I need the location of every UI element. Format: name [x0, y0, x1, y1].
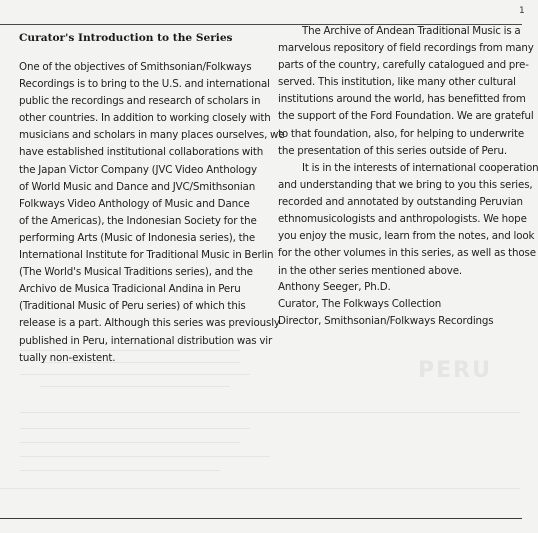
page-number: 1 [519, 6, 525, 16]
text-line: in the other series mentioned above. [278, 263, 538, 280]
text-line: performing Arts (Music of Indonesia seri… [19, 230, 285, 247]
bleed-through-line [20, 412, 520, 413]
bleed-through-line [20, 470, 220, 471]
bleed-through-title: PERU [418, 358, 492, 383]
signature-title: Curator, The Folkways Collection [278, 296, 494, 313]
text-line: The Archive of Andean Traditional Music … [278, 23, 534, 40]
text-line: to that foundation, also, for helping to… [278, 126, 534, 143]
text-line: of the Americas), the Indonesian Society… [19, 213, 285, 230]
text-line: recorded and annotated by outstanding Pe… [278, 194, 538, 211]
text-line: Folkways Video Anthology of Music and Da… [19, 196, 285, 213]
text-line: tually non-existent. [19, 350, 285, 367]
signature-block: Anthony Seeger, Ph.D. Curator, The Folkw… [278, 279, 494, 330]
text-line: It is in the interests of international … [278, 160, 538, 177]
text-line: served. This institution, like many othe… [278, 74, 534, 91]
bottom-rule [0, 518, 522, 519]
intro-paragraph: One of the objectives of Smithsonian/Fol… [19, 59, 285, 367]
text-line: public the recordings and research of sc… [19, 93, 285, 110]
text-line: ethnomusicologists and anthropologists. … [278, 211, 538, 228]
bleed-through-line [40, 386, 230, 387]
text-line: release is a part. Although this series … [19, 315, 285, 332]
signature-title: Director, Smithsonian/Folkways Recording… [278, 313, 494, 330]
text-line: the presentation of this series outside … [278, 143, 534, 160]
text-line: other countries. In addition to working … [19, 110, 285, 127]
text-line: Archivo de Musica Tradicional Andina in … [19, 281, 285, 298]
text-line: you enjoy the music, learn from the note… [278, 228, 538, 245]
text-line: and understanding that we bring to you t… [278, 177, 538, 194]
text-line: published in Peru, international distrib… [19, 333, 285, 350]
cooperation-paragraph: It is in the interests of international … [278, 160, 538, 280]
archive-paragraph: The Archive of Andean Traditional Music … [278, 23, 534, 160]
text-line: musicians and scholars in many places ou… [19, 127, 285, 144]
text-line: International Institute for Traditional … [19, 247, 285, 264]
text-line: (Traditional Music of Peru series) of wh… [19, 298, 285, 315]
text-line: Recordings is to bring to the U.S. and i… [19, 76, 285, 93]
bleed-through-line [20, 456, 270, 457]
text-line: institutions around the world, has benef… [278, 91, 534, 108]
text-line: (The World's Musical Traditions series),… [19, 264, 285, 281]
section-heading: Curator's Introduction to the Series [19, 32, 233, 44]
text-line: One of the objectives of Smithsonian/Fol… [19, 59, 285, 76]
text-line: marvelous repository of field recordings… [278, 40, 534, 57]
bleed-through-line [0, 488, 520, 489]
bleed-through-line [20, 374, 250, 375]
text-line: parts of the country, carefully catalogu… [278, 57, 534, 74]
text-line: for the other volumes in this series, as… [278, 245, 538, 262]
text-line: have established institutional collabora… [19, 144, 285, 161]
bleed-through-line [20, 428, 250, 429]
text-line: the support of the Ford Foundation. We a… [278, 108, 534, 125]
text-line: of World Music and Dance and JVC/Smithso… [19, 179, 285, 196]
signature-name: Anthony Seeger, Ph.D. [278, 279, 494, 296]
bleed-through-line [20, 442, 240, 443]
text-line: the Japan Victor Company (JVC Video Anth… [19, 162, 285, 179]
